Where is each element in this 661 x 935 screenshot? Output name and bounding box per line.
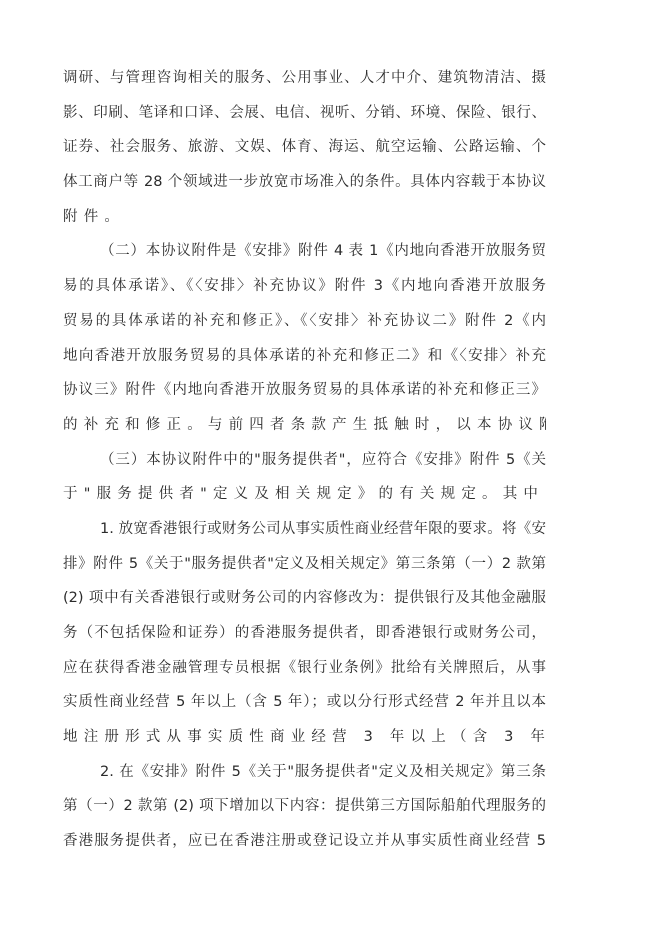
- text-line: 1. 放宽香港银行或财务公司从事实质性商业经营年限的要求。将《安: [63, 512, 546, 547]
- text-line: 体工商户等 28 个领域进一步放宽市场准入的条件。具体内容载于本协议: [63, 165, 546, 200]
- text-line: (2) 项中有关香港银行或财务公司的内容修改为：提供银行及其他金融服: [63, 581, 546, 616]
- text-line: 的补充和修正。与前四者条款产生抵触时，以本协议附件为准。: [63, 408, 546, 443]
- text-line: 2. 在《安排》附件 5《关于"服务提供者"定义及相关规定》第三条: [63, 755, 546, 790]
- text-line: 香港服务提供者，应已在香港注册或登记设立并从事实质性商业经营 5: [63, 824, 546, 859]
- text-line: 易的具体承诺》、《〈安排〉补充协议》附件 3《内地向香港开放服务: [63, 269, 546, 304]
- text-line: 贸易的具体承诺的补充和修正》、《〈安排〉补充协议二》附件 2《内: [63, 304, 546, 339]
- text-line: 地注册形式从事实质性商业经营 3 年以上（含 3 年）。: [63, 720, 546, 755]
- document-page: 调研、与管理咨询相关的服务、公用事业、人才中介、建筑物清洁、摄 影、印刷、笔译和…: [0, 0, 661, 935]
- text-line: 证券、社会服务、旅游、文娱、体育、海运、航空运输、公路运输、个: [63, 130, 546, 165]
- text-line: （二）本协议附件是《安排》附件 4 表 1《内地向香港开放服务贸: [63, 234, 546, 269]
- text-line: 实质性商业经营 5 年以上（含 5 年）；或以分行形式经营 2 年并且以本: [63, 685, 546, 720]
- text-line: 影、印刷、笔译和口译、会展、电信、视听、分销、环境、保险、银行、: [63, 96, 546, 131]
- text-line: 地向香港开放服务贸易的具体承诺的补充和修正二》和《〈安排〉补充: [63, 339, 546, 374]
- text-line: （三）本协议附件中的"服务提供者"，应符合《安排》附件 5《关: [63, 443, 546, 478]
- text-line: 应在获得香港金融管理专员根据《银行业条例》批给有关牌照后，从事: [63, 651, 546, 686]
- text-line: 附件。: [63, 200, 546, 235]
- text-line: 第（一）2 款第 (2) 项下增加以下内容：提供第三方国际船舶代理服务的: [63, 789, 546, 824]
- text-line: 务（不包括保险和证券）的香港服务提供者，即香港银行或财务公司，: [63, 616, 546, 651]
- text-line: 协议三》附件《内地向香港开放服务贸易的具体承诺的补充和修正三》: [63, 373, 546, 408]
- text-line: 排》附件 5《关于"服务提供者"定义及相关规定》第三条第（一）2 款第: [63, 547, 546, 582]
- text-line: 调研、与管理咨询相关的服务、公用事业、人才中介、建筑物清洁、摄: [63, 61, 546, 96]
- text-line: 于"服务提供者"定义及相关规定》的有关规定。其中：: [63, 477, 546, 512]
- document-body: 调研、与管理咨询相关的服务、公用事业、人才中介、建筑物清洁、摄 影、印刷、笔译和…: [63, 61, 546, 859]
